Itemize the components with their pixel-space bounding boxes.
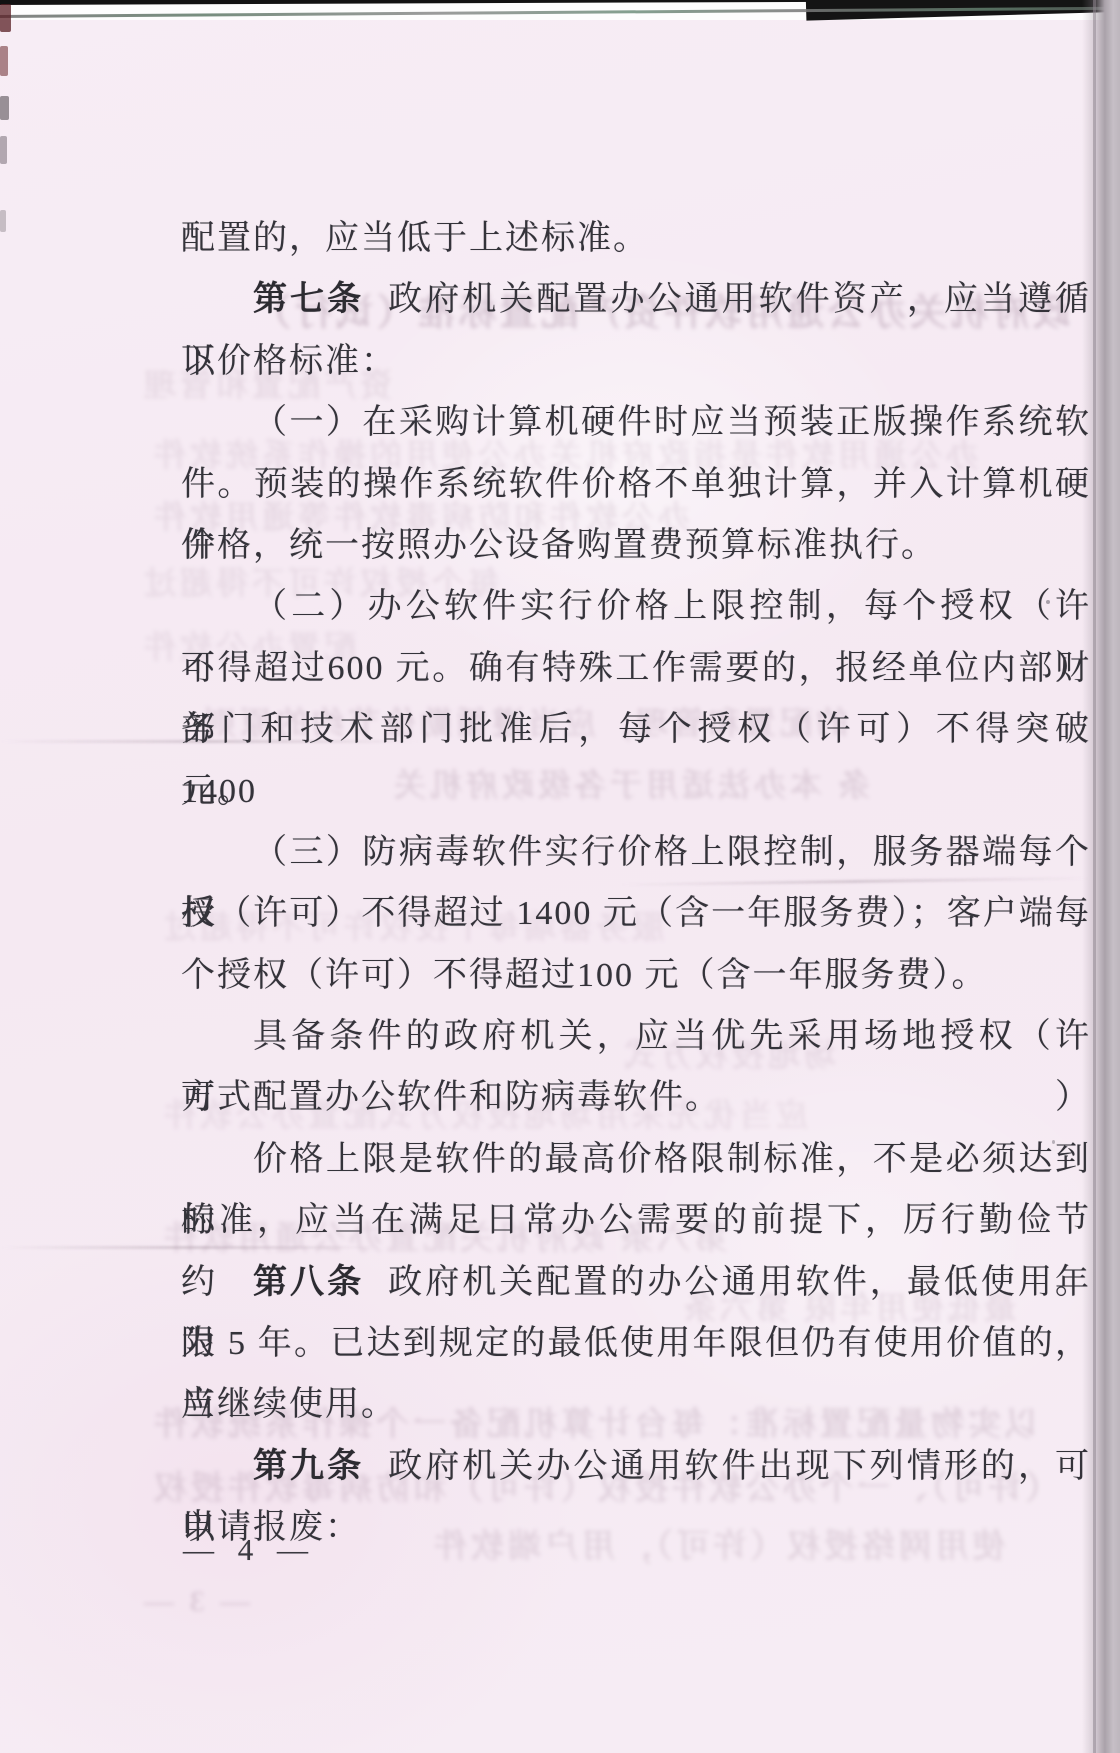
scan-edge-smudge xyxy=(0,96,9,120)
scan-edge-smudge xyxy=(0,210,6,232)
scan-edge-smudge xyxy=(0,46,8,76)
text-line: 具备条件的政府机关，应当优先采用场地授权（许可） xyxy=(181,1006,1091,1067)
scan-edge-smudge xyxy=(0,4,11,32)
text-line: 元。 xyxy=(181,761,1091,822)
page-number: — 4 — xyxy=(183,1530,316,1570)
text-line: 个授权（许可）不得超过100 元（含一年服务费）。 xyxy=(181,945,1091,1006)
text-line: （一）在采购计算机硬件时应当预装正版操作系统软 xyxy=(181,392,1091,453)
text-line: 下价格标准： xyxy=(181,331,1091,392)
article-number: 第九条 xyxy=(253,1448,364,1485)
text-line: 权（许可）不得超过 1400 元（含一年服务费）；客户端每 xyxy=(181,883,1091,944)
text-line: 不得超过600 元。确有特殊工作需要的，报经单位内部财务 xyxy=(181,638,1091,699)
text-line: （三）防病毒软件实行价格上限控制，服务器端每个授 xyxy=(181,822,1091,883)
text-line: 第七条政府机关配置办公通用软件资产，应当遵循以 xyxy=(181,269,1091,330)
text-line: 当继续使用。 xyxy=(181,1374,1091,1435)
text-line: 配置的，应当低于上述标准。 xyxy=(181,208,1091,269)
article-number: 第八条 xyxy=(253,1264,364,1301)
text-line: 为 5 年。已达到规定的最低使用年限但仍有使用价值的，应 xyxy=(181,1313,1091,1374)
text-line: （二）办公软件实行价格上限控制，每个授权（许可） xyxy=(181,576,1091,637)
document-page: 政府机关办公通用软件资产配置标准（试行）资产配置和管理办公通用软件是指政府机关办… xyxy=(0,0,1120,1753)
scan-edge-smudge xyxy=(0,136,7,164)
text-line: 部门和技术部门批准后，每个授权（许可）不得突破 1400 xyxy=(181,699,1091,760)
text-column: 配置的，应当低于上述标准。第七条政府机关配置办公通用软件资产，应当遵循以下价格标… xyxy=(181,208,1091,1559)
text-line: 标准，应当在满足日常办公需要的前提下，厉行勤俭节约。 xyxy=(181,1190,1091,1251)
text-line: 申请报废： xyxy=(181,1497,1091,1558)
text-line: 价格，统一按照办公设备购置费预算标准执行。 xyxy=(181,515,1091,576)
bleedthrough-line: — 3 — xyxy=(140,1585,250,1619)
text-line: 价格上限是软件的最高价格限制标准，不是必须达到的 xyxy=(181,1129,1091,1190)
text-line: 第八条政府机关配置的办公通用软件，最低使用年限 xyxy=(181,1252,1091,1313)
text-line: 件。预装的操作系统软件价格不单独计算，并入计算机硬件 xyxy=(181,454,1091,515)
scan-right-edge-line xyxy=(1093,0,1096,1753)
text-line: 第九条政府机关办公通用软件出现下列情形的，可以 xyxy=(181,1436,1091,1497)
article-number: 第七条 xyxy=(253,281,364,318)
